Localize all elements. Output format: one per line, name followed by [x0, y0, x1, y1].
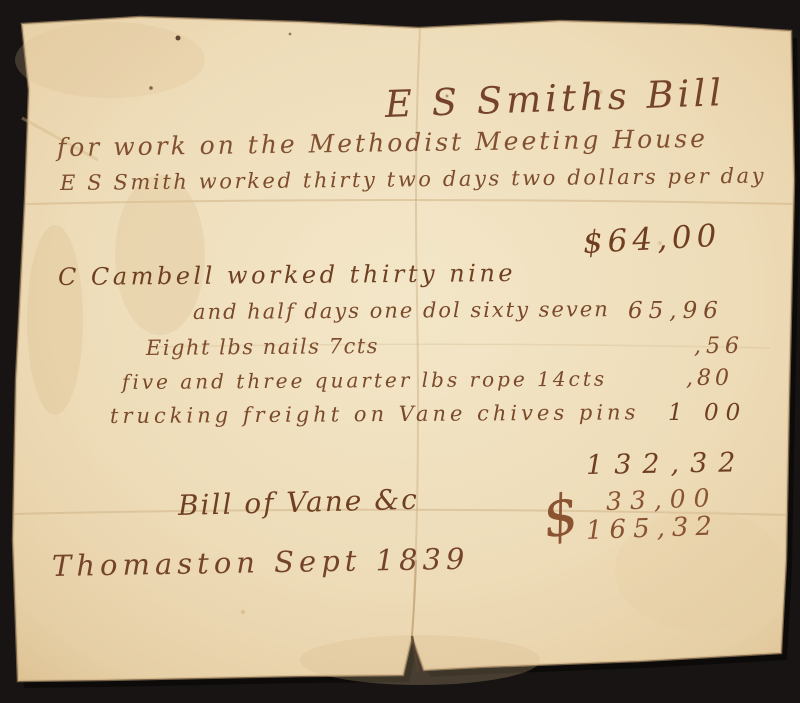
cambell-rate-line: and half days one dol sixty seven: [193, 299, 610, 323]
stain: [15, 22, 205, 98]
bill-title: E S Smiths Bill: [384, 74, 725, 123]
stain: [27, 225, 83, 415]
rope-amount: ,80: [686, 368, 733, 390]
speck: [149, 86, 153, 90]
subtotal-amount: 132,32: [586, 449, 747, 479]
stain: [115, 175, 205, 335]
photo-background: E S Smiths Bill for work on the Methodis…: [0, 0, 800, 703]
freight-amount: 1 00: [668, 402, 747, 425]
place-date-line: Thomaston Sept 1839: [52, 545, 470, 581]
cambell-amount: 65,96: [628, 300, 724, 323]
nails-line: Eight lbs nails 7cts: [146, 336, 379, 359]
speck: [176, 36, 181, 41]
freight-line: trucking freight on Vane chives pins: [110, 402, 639, 427]
speck: [241, 610, 245, 614]
vane-bill-line: Bill of Vane &c: [178, 486, 420, 520]
nails-amount: ,56: [694, 336, 744, 358]
cambell-work-line: C Cambell worked thirty nine: [58, 261, 516, 289]
speck: [289, 33, 292, 36]
rope-line: five and three quarter lbs rope 14cts: [122, 369, 607, 392]
total-amount: 165,32: [586, 513, 720, 544]
vane-amount: 33,00: [606, 485, 718, 514]
smith-amount: $64,00: [582, 221, 722, 259]
stain: [300, 635, 540, 685]
